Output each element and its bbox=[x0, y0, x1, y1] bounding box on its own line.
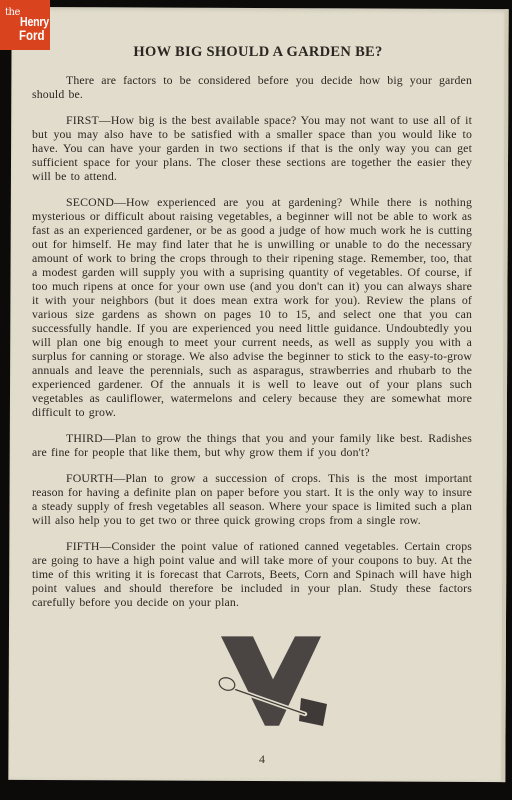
intro-paragraph: There are factors to be considered befor… bbox=[32, 73, 472, 101]
victory-v-with-shovel-icon bbox=[209, 626, 329, 726]
the-henry-ford-logo[interactable]: the Henry Ford bbox=[0, 0, 50, 50]
second-factor-paragraph: SECOND—How experienced are you at garden… bbox=[32, 195, 472, 419]
logo-the: the bbox=[5, 7, 20, 18]
logo-ford: Ford bbox=[19, 27, 45, 43]
fourth-factor-paragraph: FOURTH—Plan to grow a succession of crop… bbox=[32, 471, 472, 527]
page-title: HOW BIG SHOULD A GARDEN BE? bbox=[32, 45, 472, 59]
page-number: 4 bbox=[0, 752, 512, 767]
fifth-factor-paragraph: FIFTH—Consider the point value of ration… bbox=[32, 539, 472, 609]
page-content: HOW BIG SHOULD A GARDEN BE? There are fa… bbox=[32, 45, 472, 621]
first-factor-paragraph: FIRST—How big is the best available spac… bbox=[32, 113, 472, 183]
third-factor-paragraph: THIRD—Plan to grow the things that you a… bbox=[32, 431, 472, 459]
page-edge bbox=[501, 9, 508, 782]
